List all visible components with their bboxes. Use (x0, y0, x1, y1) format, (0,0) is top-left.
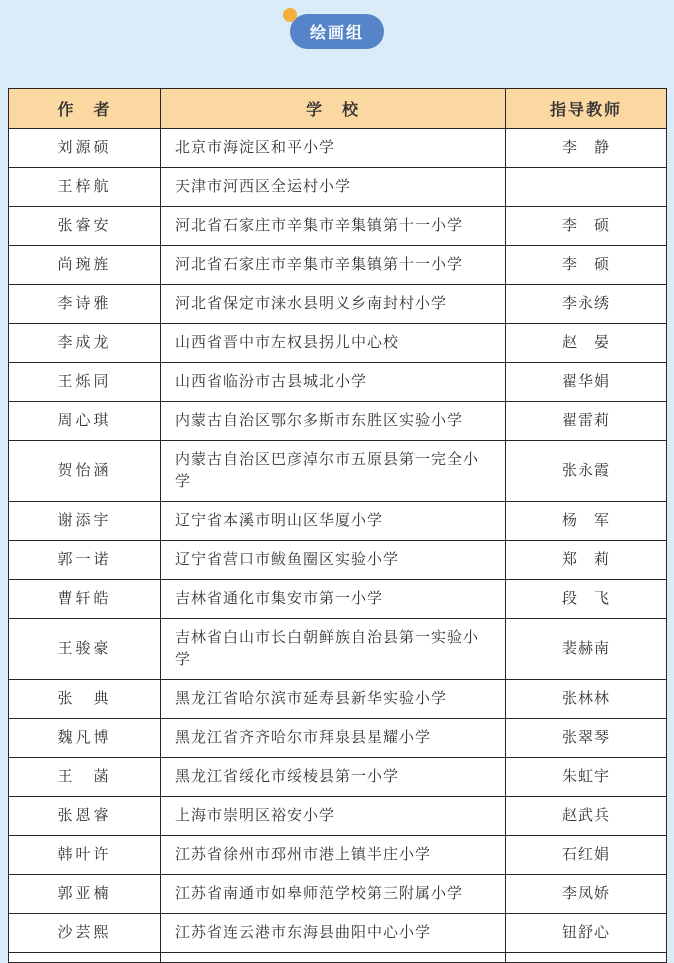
school-cell: 吉林省通化市集安市第一小学 (161, 580, 506, 619)
teacher-cell: 赵武兵 (506, 797, 667, 836)
teacher-cell: 张翠琴 (506, 719, 667, 758)
column-header-author: 作 者 (9, 89, 161, 129)
school-cell: 河北省保定市涞水县明义乡南封村小学 (161, 285, 506, 324)
school-cell: 江苏省连云港市东海县曲阳中心小学 (161, 914, 506, 945)
table-row: 郭亚楠江苏省南通市如皋师范学校第三附属小学李凤娇 (9, 875, 667, 914)
table-header-row: 作 者 学 校 指导教师 (9, 89, 667, 129)
author-cell: 谢添宇 (9, 502, 161, 541)
author-cell: 王梓航 (9, 168, 161, 207)
school-cell: 河北省石家庄市辛集市辛集镇第十一小学 (161, 207, 506, 246)
school-cell: 内蒙古自治区鄂尔多斯市东胜区实验小学 (161, 402, 506, 441)
column-header-teacher: 指导教师 (506, 89, 667, 129)
author-cell: 周心琪 (9, 402, 161, 441)
table-row: 魏凡博黑龙江省齐齐哈尔市拜泉县星耀小学张翠琴 (9, 719, 667, 758)
table-row: 郭一诺辽宁省营口市鲅鱼圈区实验小学郑 莉 (9, 541, 667, 580)
school-cell: 山西省晋中市左权县拐儿中心校 (161, 324, 506, 363)
teacher-cell: 段 飞 (506, 580, 667, 619)
teacher-cell: 朱虹宇 (506, 758, 667, 797)
table-row: 王烁同山西省临汾市古县城北小学翟华娟 (9, 363, 667, 402)
table-row: 李成龙山西省晋中市左权县拐儿中心校赵 晏 (9, 324, 667, 363)
group-badge-label: 绘画组 (310, 20, 364, 43)
table-row: 尚琬旌河北省石家庄市辛集市辛集镇第十一小学李 硕 (9, 246, 667, 285)
table-row: 周心琪内蒙古自治区鄂尔多斯市东胜区实验小学翟雷莉 (9, 402, 667, 441)
school-cell: 黑龙江省哈尔滨市延寿县新华实验小学 (161, 680, 506, 719)
teacher-cell: 钮舒心 (506, 914, 667, 945)
author-cell: 王 菡 (9, 758, 161, 797)
table-row: 张 典黑龙江省哈尔滨市延寿县新华实验小学张林林 (9, 680, 667, 719)
author-cell: 贺怡涵 (9, 441, 161, 502)
school-cell: 黑龙江省绥化市绥棱县第一小学 (161, 758, 506, 797)
table-row: 王梓航天津市河西区全运村小学 (9, 168, 667, 207)
column-header-school: 学 校 (161, 89, 506, 129)
teacher-cell: 赵 晏 (506, 324, 667, 363)
school-cell: 北京市海淀区和平小学 (161, 129, 506, 168)
author-cell: 李诗雅 (9, 285, 161, 324)
table-row: 王 菡黑龙江省绥化市绥棱县第一小学朱虹宇 (9, 758, 667, 797)
author-cell: 曹轩皓 (9, 580, 161, 619)
table-row: 刘源硕北京市海淀区和平小学李 静 (9, 129, 667, 168)
school-cell: 辽宁省营口市鲅鱼圈区实验小学 (161, 541, 506, 580)
school-cell: 吉林省白山市长白朝鲜族自治县第一实验小学 (161, 619, 506, 680)
school-cell: 辽宁省本溪市明山区华厦小学 (161, 502, 506, 541)
teacher-cell (506, 168, 667, 207)
school-cell: 江苏省南通市如皋师范学校第三附属小学 (161, 875, 506, 914)
school-cell: 上海市崇明区裕安小学 (161, 797, 506, 836)
author-cell: 张恩睿 (9, 797, 161, 836)
table-row: 曹轩皓吉林省通化市集安市第一小学段 飞 (9, 580, 667, 619)
school-cell: 内蒙古自治区巴彦淖尔市五原县第一完全小学 (161, 441, 506, 502)
teacher-cell: 张永霞 (506, 441, 667, 502)
school-cell: 黑龙江省齐齐哈尔市拜泉县星耀小学 (161, 719, 506, 758)
teacher-cell: 杨 军 (506, 502, 667, 541)
teacher-cell: 李 静 (506, 129, 667, 168)
author-cell: 郭亚楠 (9, 875, 161, 914)
table-row: 贺怡涵内蒙古自治区巴彦淖尔市五原县第一完全小学张永霞 (9, 441, 667, 502)
author-cell: 王烁同 (9, 363, 161, 402)
table-row: 谢添宇辽宁省本溪市明山区华厦小学杨 军 (9, 502, 667, 541)
teacher-cell: 翟华娟 (506, 363, 667, 402)
author-cell: 魏凡博 (9, 719, 161, 758)
school-cell: 河北省石家庄市辛集市辛集镇第十一小学 (161, 246, 506, 285)
table-row: 韩叶许江苏省徐州市邳州市港上镇半庄小学石红娟 (9, 836, 667, 875)
teacher-cell: 李 硕 (506, 207, 667, 246)
table-row: 王骏豪吉林省白山市长白朝鲜族自治县第一实验小学裴赫南 (9, 619, 667, 680)
teacher-cell: 裴赫南 (506, 619, 667, 680)
school-cell: 山西省临汾市古县城北小学 (161, 363, 506, 402)
accent-dot-icon (283, 8, 297, 22)
teacher-cell: 张林林 (506, 680, 667, 719)
table-row: 张睿安河北省石家庄市辛集市辛集镇第十一小学李 硕 (9, 207, 667, 246)
teacher-cell: 李 硕 (506, 246, 667, 285)
author-cell: 王骏豪 (9, 619, 161, 680)
teacher-cell: 李永绣 (506, 285, 667, 324)
winners-table-container: 作 者 学 校 指导教师 刘源硕北京市海淀区和平小学李 静王梓航天津市河西区全运… (8, 88, 666, 944)
winners-table: 作 者 学 校 指导教师 刘源硕北京市海淀区和平小学李 静王梓航天津市河西区全运… (8, 88, 667, 944)
author-cell: 沙芸熙 (9, 914, 161, 945)
teacher-cell: 李凤娇 (506, 875, 667, 914)
author-cell: 李成龙 (9, 324, 161, 363)
school-cell: 天津市河西区全运村小学 (161, 168, 506, 207)
teacher-cell: 石红娟 (506, 836, 667, 875)
teacher-cell: 翟雷莉 (506, 402, 667, 441)
table-row: 沙芸熙江苏省连云港市东海县曲阳中心小学钮舒心 (9, 914, 667, 945)
author-cell: 韩叶许 (9, 836, 161, 875)
author-cell: 张 典 (9, 680, 161, 719)
author-cell: 刘源硕 (9, 129, 161, 168)
school-cell: 江苏省徐州市邳州市港上镇半庄小学 (161, 836, 506, 875)
table-row: 张恩睿上海市崇明区裕安小学赵武兵 (9, 797, 667, 836)
table-row: 李诗雅河北省保定市涞水县明义乡南封村小学李永绣 (9, 285, 667, 324)
author-cell: 尚琬旌 (9, 246, 161, 285)
group-badge: 绘画组 (290, 14, 384, 49)
author-cell: 张睿安 (9, 207, 161, 246)
group-badge-area: 绘画组 (0, 0, 674, 88)
author-cell: 郭一诺 (9, 541, 161, 580)
teacher-cell: 郑 莉 (506, 541, 667, 580)
